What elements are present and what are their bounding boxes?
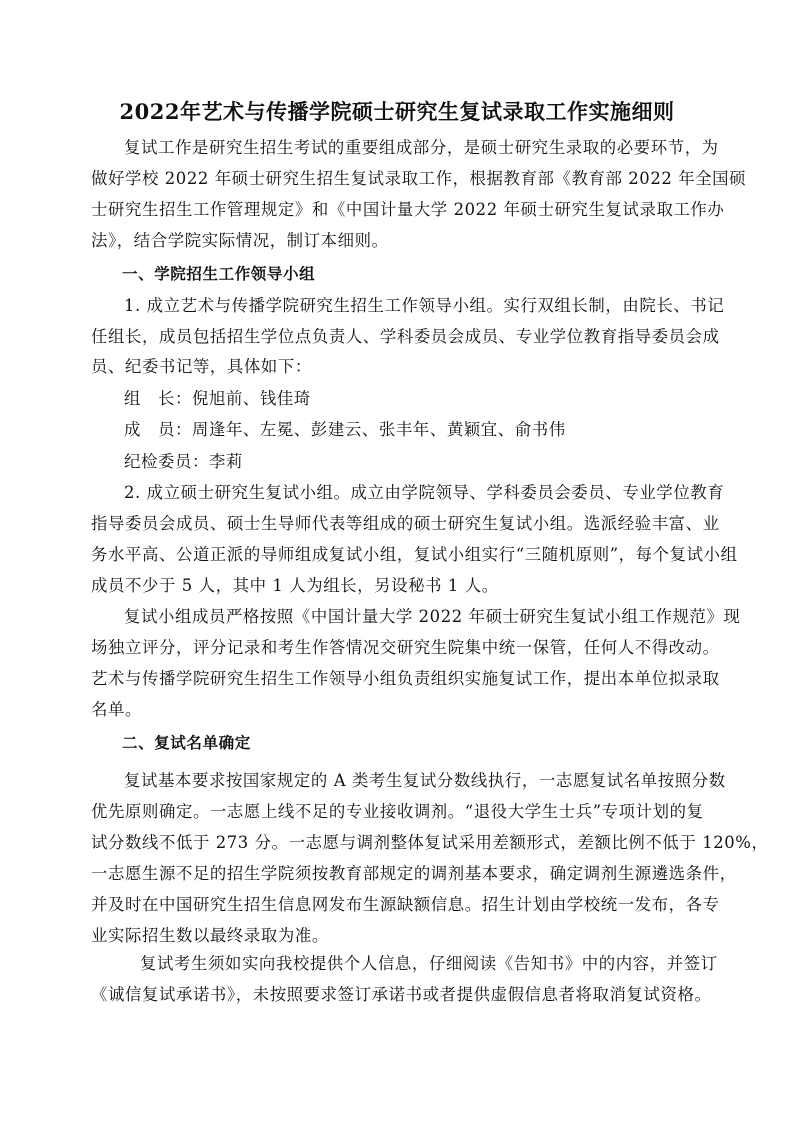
intro-line: 士研究生招生工作管理规定》和《中国计量大学 2022 年硕士研究生复试录取工作办 <box>91 200 703 220</box>
section2-para-line: 复试基本要求按国家规定的 A 类考生复试分数线执行，一志愿复试名单按照分数 <box>124 771 704 791</box>
item2-line: 2. 成立硕士研究生复试小组。成立由学院领导、学科委员会委员、专业学位教育 <box>124 483 704 503</box>
section2-para-line: 业实际招生数以最终录取为准。 <box>91 926 703 946</box>
section2-para-line: 试分数线不低于 273 分。一志愿与调剂整体复试采用差额形式，差额比例不低于 1… <box>91 833 703 853</box>
intro-line: 法》，结合学院实际情况，制订本细则。 <box>91 231 703 251</box>
section2-para-line: 一志愿生源不足的招生学院须按教育部规定的调剂基本要求，确定调剂生源遴选条件， <box>91 864 703 884</box>
document-page: 2022年艺术与传播学院硕士研究生复试录取工作实施细则 复试工作是研究生招生考试… <box>0 0 794 1123</box>
section2-heading: 二、复试名单确定 <box>122 733 734 753</box>
item1-line: 任组长，成员包括招生学位点负责人、学科委员会成员、专业学位教育指导委员会成 <box>91 327 703 347</box>
members-line: 成 员：周逢年、左冕、彭建云、张丰年、黄颖宜、俞书伟 <box>124 420 736 440</box>
section2-para-line: 优先原则确定。一志愿上线不足的专业接收调剂。“退役大学生士兵”专项计划的复 <box>91 802 703 822</box>
section2-para-line: 并及时在中国研究生招生信息网发布生源缺额信息。招生计划由学校统一发布，各专 <box>91 895 703 915</box>
section2-para2-line: 《诚信复试承诺书》，未按照要求签订承诺书或者提供虚假信息者将取消复试资格。 <box>91 985 703 1005</box>
section1-para-line: 名单。 <box>91 700 703 720</box>
section1-para-line: 场独立评分，评分记录和考生作答情况交研究生院集中统一保管，任何人不得改动。 <box>91 638 703 658</box>
discipline-line: 纪检委员：李莉 <box>124 452 736 472</box>
section1-para-line: 艺术与传播学院研究生招生工作领导小组负责组织实施复试工作，提出本单位拟录取 <box>91 669 703 689</box>
section1-para-line: 复试小组成员严格按照《中国计量大学 2022 年硕士研究生复试小组工作规范》现 <box>124 607 704 627</box>
item1-line: 员、纪委书记等，具体如下： <box>91 357 703 377</box>
item2-line: 成员不少于 5 人，其中 1 人为组长，另设秘书 1 人。 <box>91 576 703 596</box>
intro-line: 复试工作是研究生招生考试的重要组成部分，是硕士研究生录取的必要环节，为 <box>124 138 704 158</box>
leaders-line: 组 长：倪旭前、钱佳琦 <box>124 389 736 409</box>
item2-line: 指导委员会成员、硕士生导师代表等组成的硕士研究生复试小组。选派经验丰富、业 <box>91 514 703 534</box>
document-title: 2022年艺术与传播学院硕士研究生复试录取工作实施细则 <box>0 96 794 126</box>
intro-line: 做好学校 2022 年硕士研究生招生复试录取工作，根据教育部《教育部 2022 … <box>91 169 703 189</box>
item2-line: 务水平高、公道正派的导师组成复试小组，复试小组实行“三随机原则”，每个复试小组 <box>91 545 703 565</box>
section1-heading: 一、学院招生工作领导小组 <box>122 264 734 284</box>
section2-para2-line: 复试考生须如实向我校提供个人信息，仔细阅读《告知书》中的内容，并签订 <box>140 954 704 974</box>
item1-line: 1. 成立艺术与传播学院研究生招生工作领导小组。实行双组长制，由院长、书记 <box>124 296 704 316</box>
